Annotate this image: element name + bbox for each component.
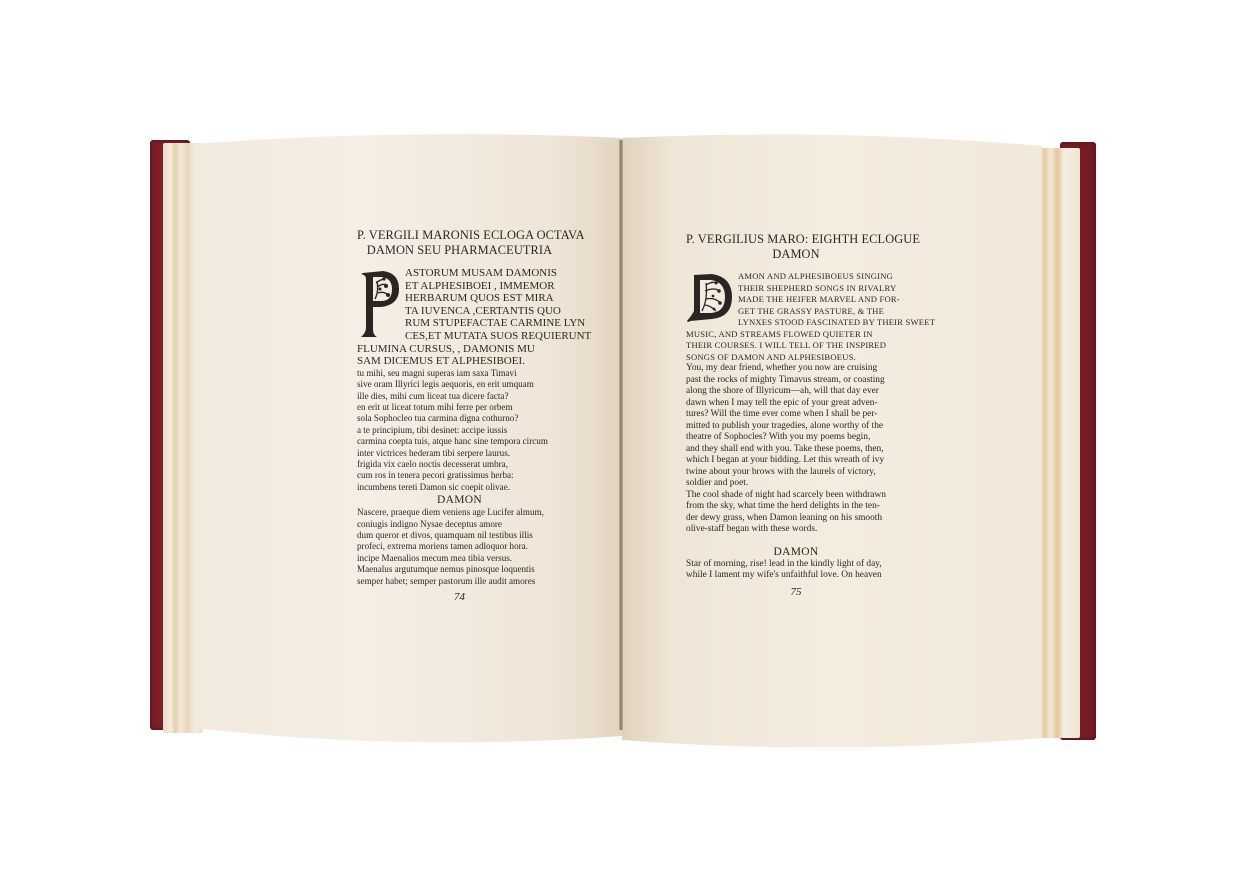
left-title-line1: P. VERGILI MARONIS ECLOGA OCTAVA bbox=[357, 228, 562, 243]
book-gutter bbox=[619, 140, 623, 730]
left-page-text: P. VERGILI MARONIS ECLOGA OCTAVA DAMON S… bbox=[357, 228, 562, 603]
ornamental-dropcap-d-icon bbox=[686, 271, 734, 323]
right-speaker-heading: DAMON bbox=[686, 546, 906, 559]
left-title-line2: DAMON SEU PHARMACEUTRIA bbox=[357, 243, 562, 258]
right-title-line2: DAMON bbox=[686, 247, 906, 262]
left-speaker-heading: DAMON bbox=[357, 494, 562, 507]
left-verse-lines: tu mihi, seu magni superas iam saxa Tima… bbox=[357, 368, 562, 493]
left-page-number: 74 bbox=[357, 591, 562, 603]
right-opening-paragraph: AMON AND ALPHESIBOEUS SINGING THEIR SHEP… bbox=[686, 271, 906, 363]
right-speech-lines: Star of morning, rise! lead in the kindl… bbox=[686, 559, 906, 582]
right-title-line1: P. VERGILIUS MARO: EIGHTH ECLOGUE bbox=[686, 232, 906, 247]
right-page-number: 75 bbox=[686, 586, 906, 598]
right-page-text: P. VERGILIUS MARO: EIGHTH ECLOGUE DAMON … bbox=[686, 232, 906, 598]
left-opening-paragraph: ASTORUM MUSAM DAMONIS ET ALPHESIBOEI , I… bbox=[357, 267, 562, 368]
right-prose-lines: You, my dear friend, whether you now are… bbox=[686, 363, 906, 536]
ornamental-dropcap-p-icon bbox=[357, 269, 401, 339]
left-speech-lines: Nascere, praeque diem veniens age Lucife… bbox=[357, 507, 562, 587]
